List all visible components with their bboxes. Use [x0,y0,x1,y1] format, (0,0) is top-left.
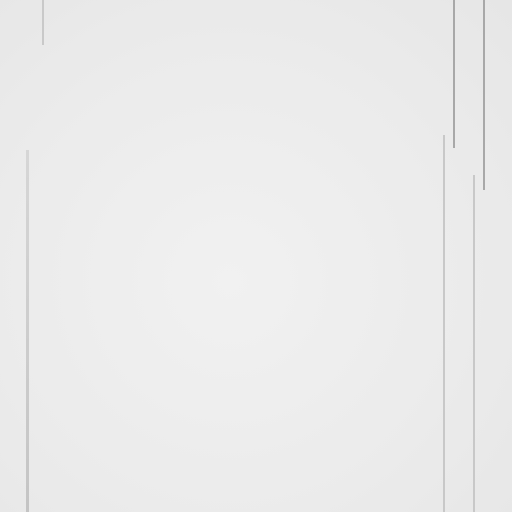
vertical-divider-line [443,135,445,512]
vertical-divider-line [483,0,485,190]
vertical-divider-line [26,150,29,512]
vertical-divider-line [42,0,44,45]
blank-screen-background [0,0,512,512]
vertical-divider-line [453,0,455,148]
vertical-divider-line [473,175,475,512]
